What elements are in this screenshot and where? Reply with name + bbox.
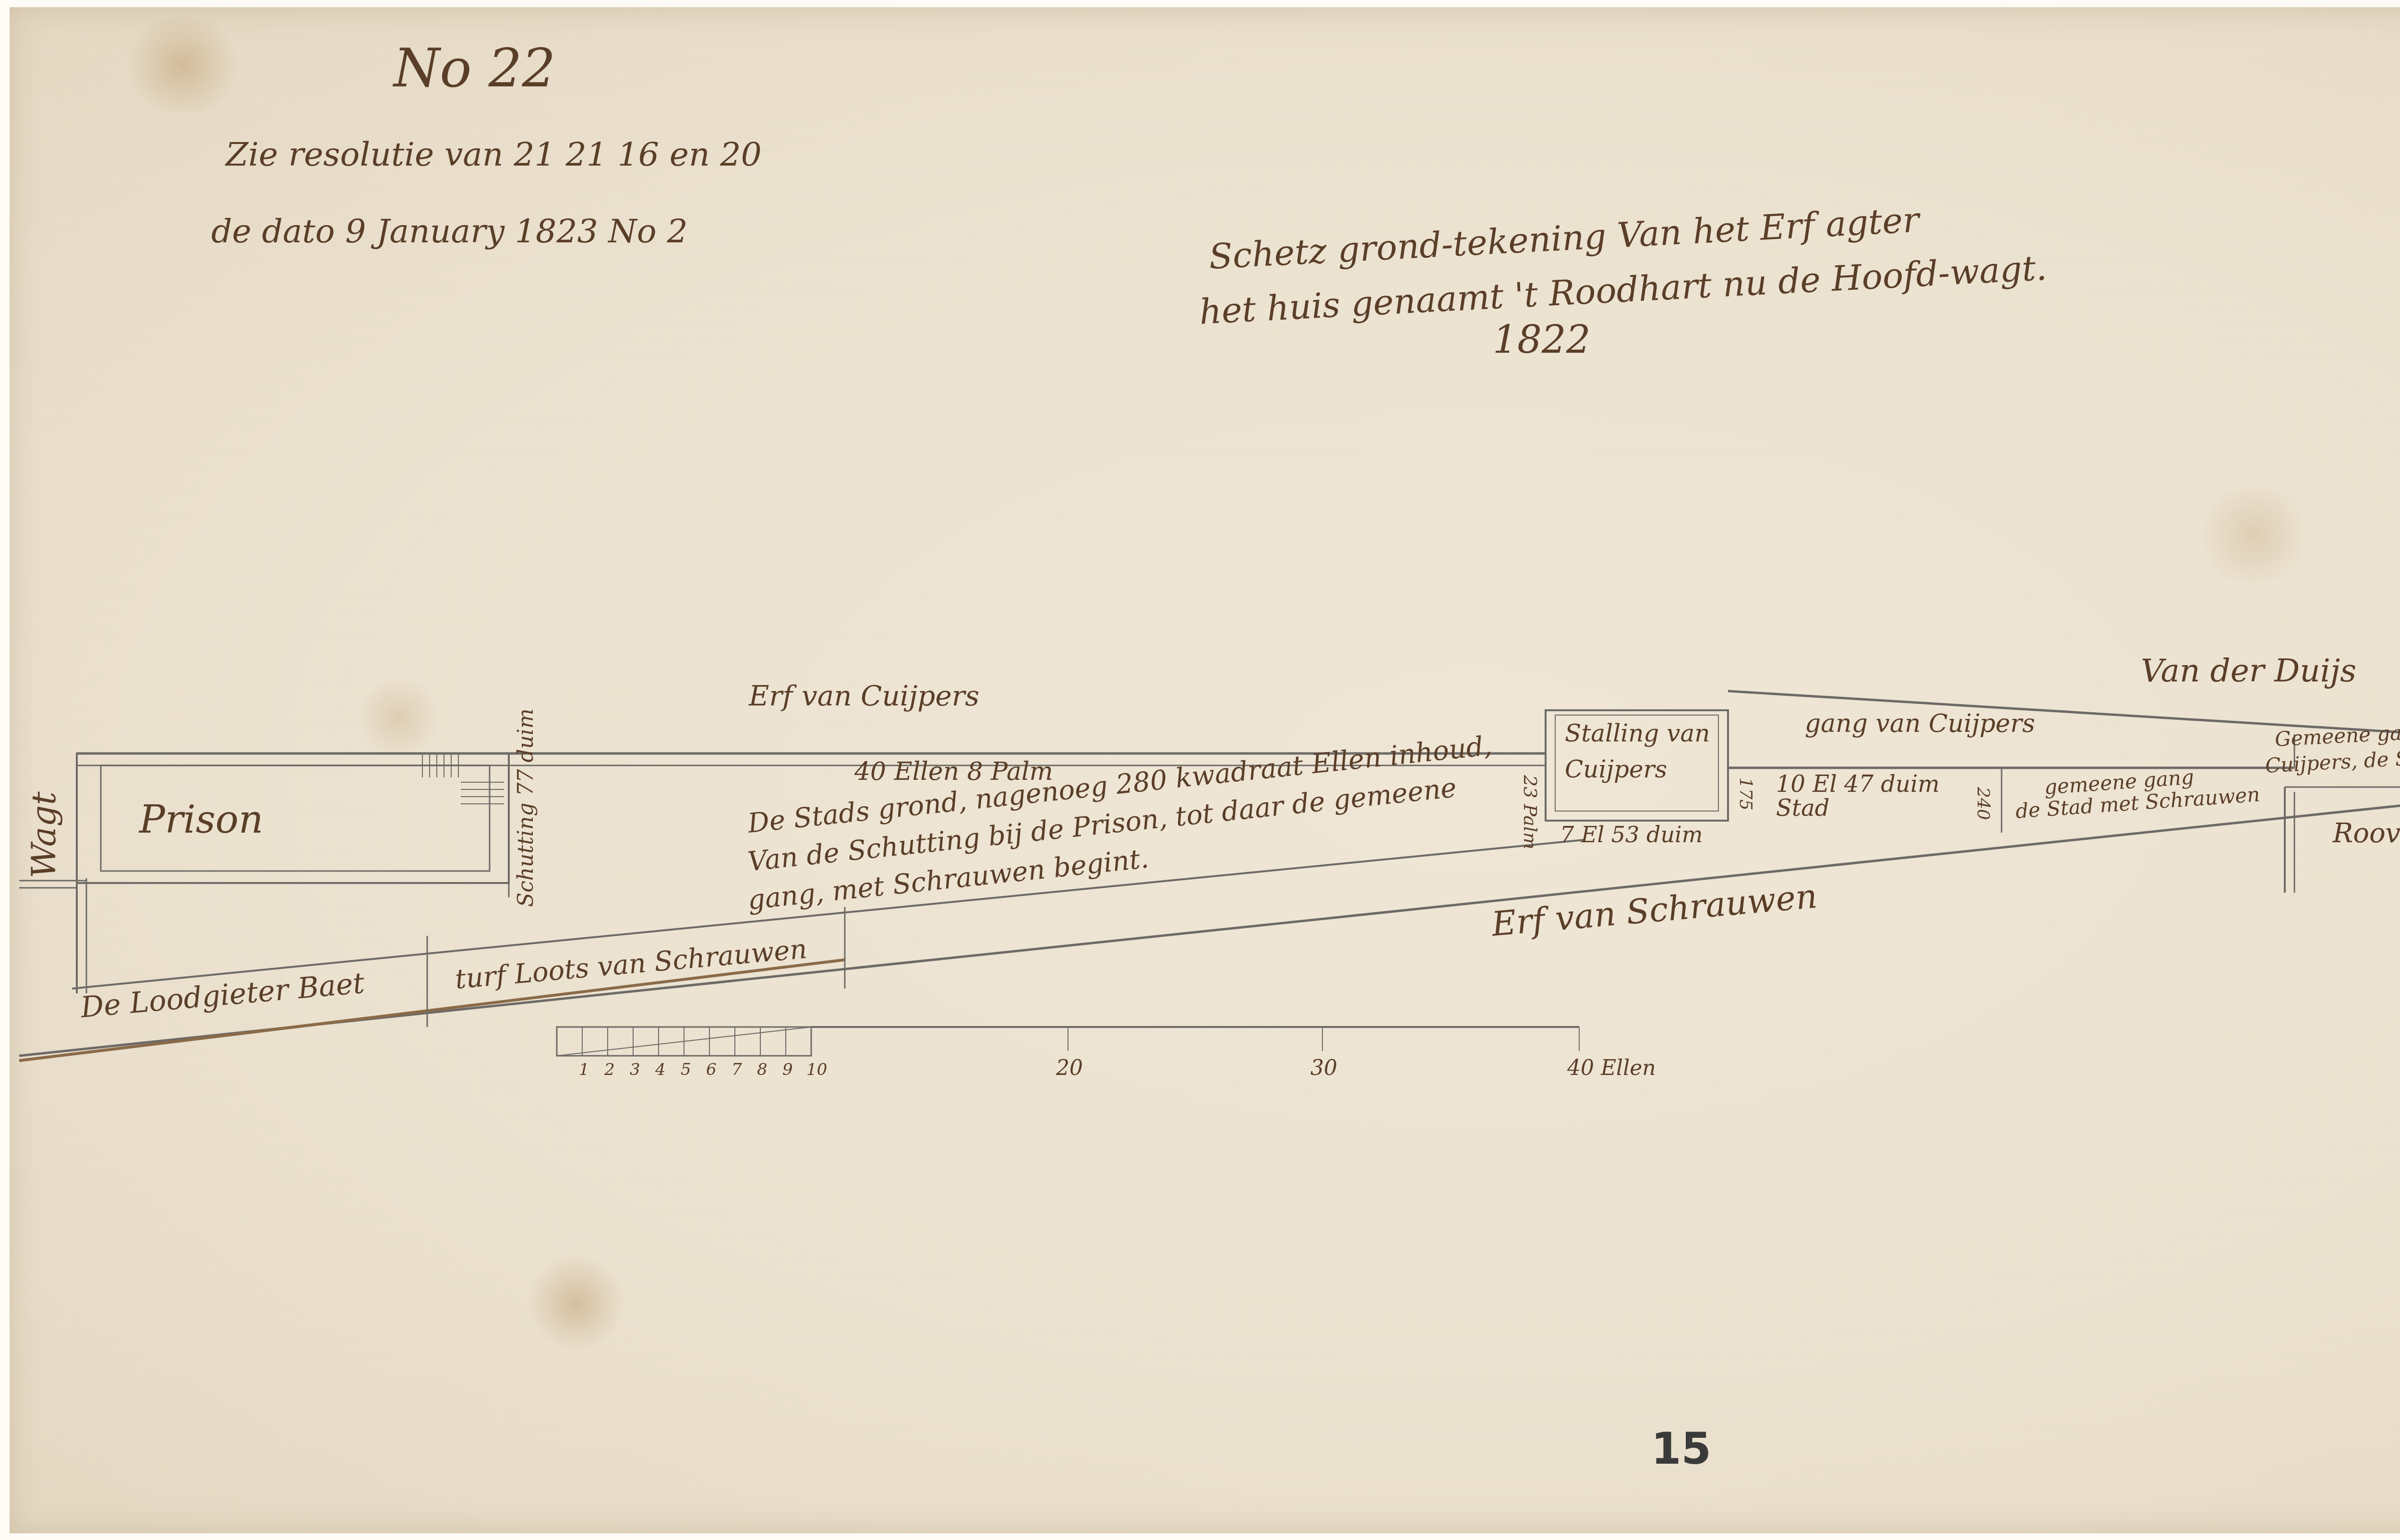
svg-text:9: 9 — [782, 1060, 793, 1079]
prison-building — [19, 753, 509, 993]
svg-text:20: 20 — [1056, 1056, 1083, 1080]
reference-line-2: de dato 9 January 1823 No 2 — [211, 213, 688, 251]
svg-text:6: 6 — [706, 1060, 717, 1079]
erf-cuijpers-label: Erf van Cuijpers — [748, 680, 979, 712]
dim-175: 175 — [1736, 777, 1755, 811]
svg-text:40 Ellen: 40 Ellen — [1567, 1056, 1656, 1080]
gang-cuijpers-label: gang van Cuijpers — [1805, 709, 2035, 738]
stairs-icon — [422, 753, 504, 804]
scale-labels: 1 2 3 4 5 6 7 8 9 10 20 30 40 Ellen — [579, 1056, 1656, 1080]
stad-label: Stad — [1776, 795, 1830, 822]
stalling-label-2: Cuijpers — [1565, 755, 1667, 783]
schutting-label: Schutting 77 duim — [514, 708, 538, 907]
svg-text:5: 5 — [681, 1060, 691, 1079]
svg-text:2: 2 — [604, 1060, 615, 1079]
svg-text:3: 3 — [630, 1060, 640, 1079]
dim-240: 240 — [1973, 787, 1993, 820]
erf-schrauwen-label: Erf van Schrauwen — [1489, 876, 1819, 944]
svg-text:7: 7 — [732, 1060, 742, 1079]
document-number: No 22 — [392, 37, 555, 99]
prison-label: Prison — [138, 797, 263, 842]
loodgieter-label: De Loodgieter Baet — [79, 966, 366, 1025]
ground-plan: No 22 Zie resolutie van 21 21 16 en 20 d… — [0, 0, 2400, 1540]
title-year: 1822 — [1493, 317, 1591, 362]
svg-text:4: 4 — [655, 1060, 666, 1079]
wagt-label: Wagt — [24, 791, 63, 878]
svg-text:1: 1 — [579, 1060, 589, 1079]
page-number: 15 — [1651, 1424, 1711, 1474]
stalling-label-1: Stalling van — [1565, 719, 1710, 747]
gemeene-gang-long-1: Gemeene gang van v d Duijs, — [2274, 712, 2400, 751]
dim-10el: 10 El 47 duim — [1776, 771, 1940, 798]
roovers-label: Roovers — [2332, 818, 2400, 849]
svg-text:8: 8 — [757, 1060, 768, 1079]
van-der-duijs-label: Van der Duijs — [2141, 652, 2356, 689]
dim-7el: 7 El 53 duim — [1560, 822, 1703, 848]
scale-bar — [557, 1027, 1579, 1056]
boundary-lines — [19, 691, 2400, 1061]
svg-text:10: 10 — [806, 1060, 827, 1079]
svg-text:30: 30 — [1310, 1056, 1337, 1080]
reference-line-1: Zie resolutie van 21 21 16 en 20 — [225, 136, 762, 174]
dim-23-palm: 23 Palm — [1520, 775, 1541, 849]
